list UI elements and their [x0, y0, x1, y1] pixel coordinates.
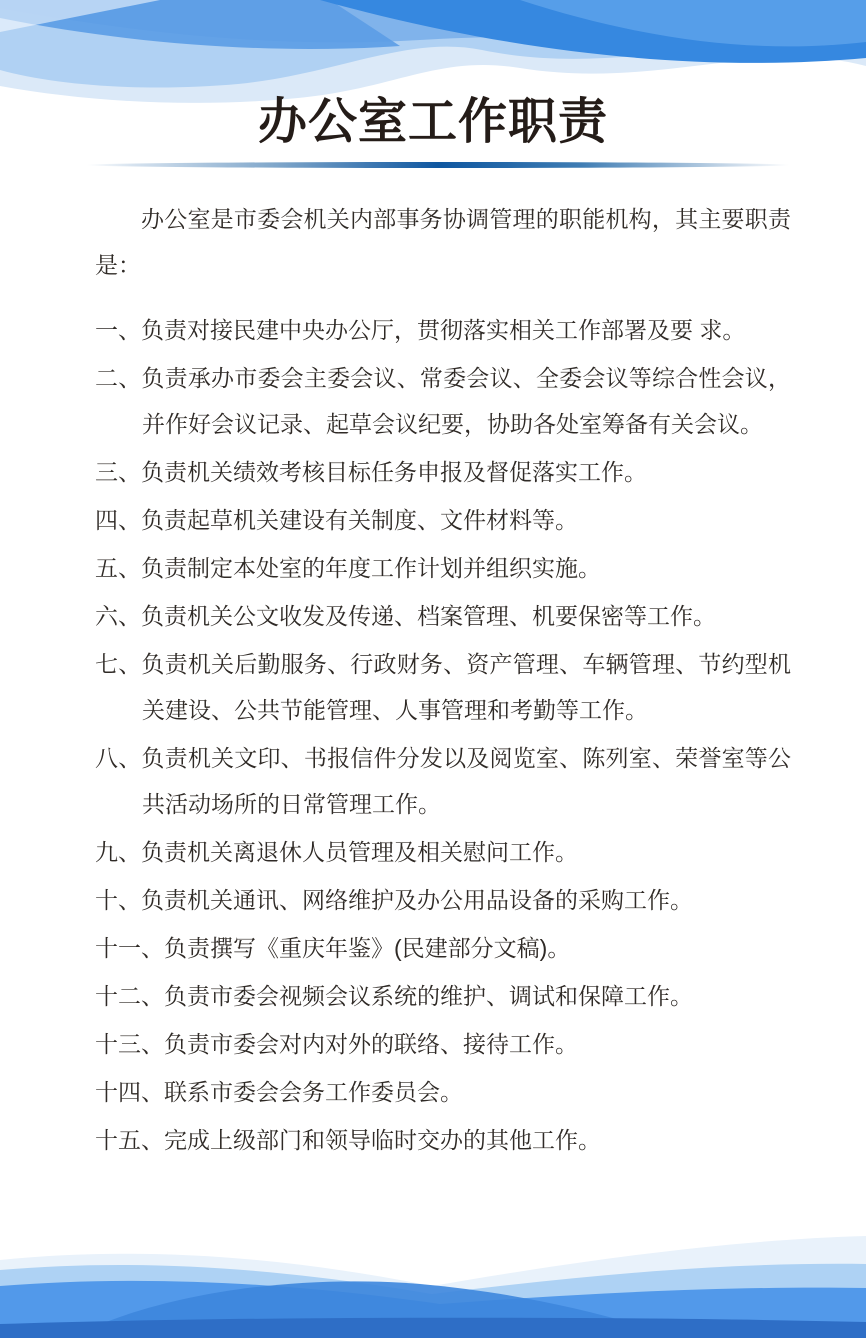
list-item: 三、负责机关绩效考核目标任务申报及督促落实工作。	[95, 449, 791, 495]
list-item: 十二、负责市委会视频会议系统的维护、调试和保障工作。	[95, 973, 791, 1019]
intro-paragraph: 办公室是市委会机关内部事务协调管理的职能机构，其主要职责是：	[95, 196, 791, 288]
list-item: 十四、联系市委会会务工作委员会。	[95, 1069, 791, 1115]
list-item: 四、负责起草机关建设有关制度、文件材料等。	[95, 497, 791, 543]
list-item: 七、负责机关后勤服务、行政财务、资产管理、车辆管理、节约型机关建设、公共节能管理…	[95, 641, 791, 733]
list-item: 十五、完成上级部门和领导临时交办的其他工作。	[95, 1117, 791, 1163]
list-item: 九、负责机关离退休人员管理及相关慰问工作。	[95, 829, 791, 875]
page-title: 办公室工作职责	[0, 94, 866, 150]
list-item: 一、负责对接民建中央办公厅，贯彻落实相关工作部署及要 求。	[95, 307, 791, 353]
poster-page: 办公室工作职责 办公室是市委会机关内部事务协调管理的职能机构，其主要职责是： 一…	[0, 0, 866, 1338]
list-item: 六、负责机关公文收发及传递、档案管理、机要保密等工作。	[95, 593, 791, 639]
list-item: 十、负责机关通讯、网络维护及办公用品设备的采购工作。	[95, 877, 791, 923]
list-item: 十一、负责撰写《重庆年鉴》(民建部分文稿)。	[95, 925, 791, 971]
list-item: 五、负责制定本处室的年度工作计划并组织实施。	[95, 545, 791, 591]
title-divider	[86, 162, 790, 168]
duties-list: 一、负责对接民建中央办公厅，贯彻落实相关工作部署及要 求。 二、负责承办市委会主…	[95, 307, 791, 1163]
list-item: 二、负责承办市委会主委会议、常委会议、全委会议等综合性会议，并作好会议记录、起草…	[95, 355, 791, 447]
content-area: 办公室是市委会机关内部事务协调管理的职能机构，其主要职责是： 一、负责对接民建中…	[95, 196, 791, 1165]
list-item: 十三、负责市委会对内对外的联络、接待工作。	[95, 1021, 791, 1067]
bottom-wave-decoration	[0, 1188, 866, 1338]
list-item: 八、负责机关文印、书报信件分发以及阅览室、陈列室、荣誉室等公共活动场所的日常管理…	[95, 735, 791, 827]
